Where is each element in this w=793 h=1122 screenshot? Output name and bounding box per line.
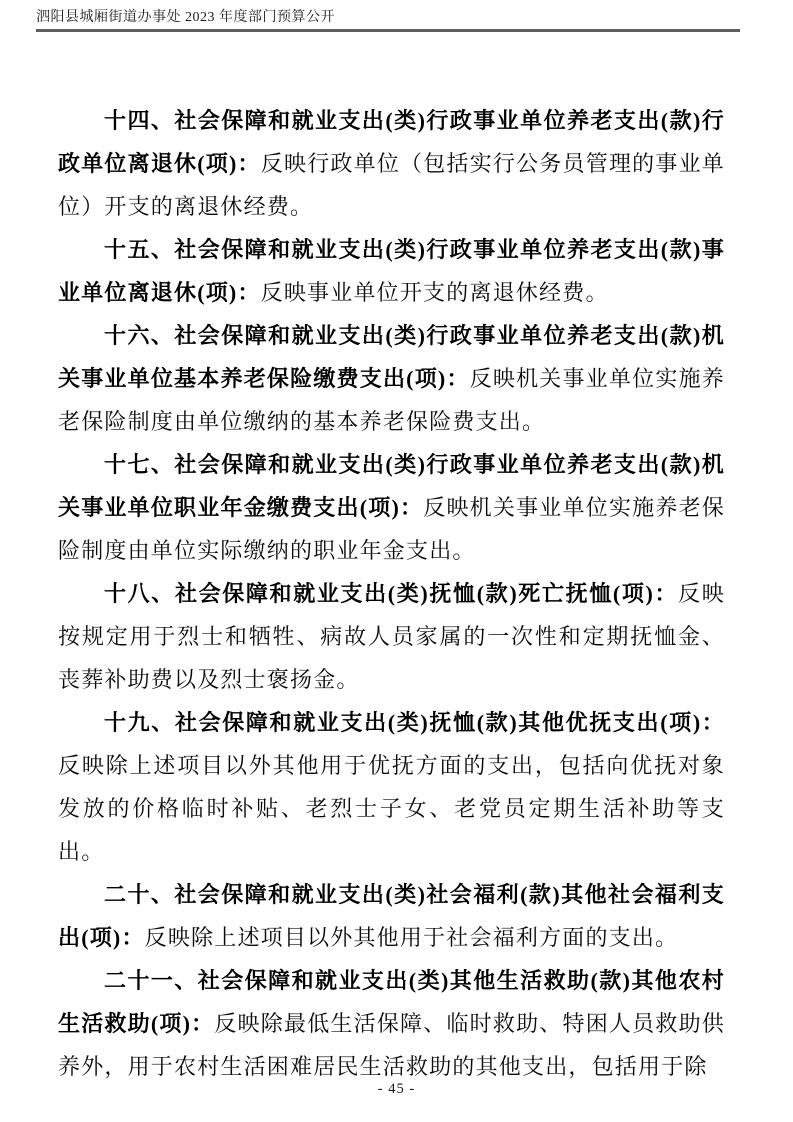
paragraph-text: 反映除上述项目以外其他用于优抚方面的支出，包括向优抚对象发放的价格临时补贴、老烈… [58, 753, 725, 864]
paragraph: 十九、社会保障和就业支出(类)抚恤(款)其他优抚支出(项)：反映除上述项目以外其… [58, 701, 725, 873]
paragraph: 十四、社会保障和就业支出(类)行政事业单位养老支出(款)行政单位离退休(项)：反… [58, 99, 725, 228]
paragraph-text: 反映事业单位开支的离退休经费。 [261, 280, 609, 305]
paragraph-heading: 十八、社会保障和就业支出(类)抚恤(款)死亡抚恤(项)： [104, 581, 678, 606]
page-footer: - 45 - [0, 1079, 793, 1099]
document-body: 十四、社会保障和就业支出(类)行政事业单位养老支出(款)行政单位离退休(项)：反… [58, 99, 725, 1088]
paragraph: 十七、社会保障和就业支出(类)行政事业单位养老支出(款)机关事业单位职业年金缴费… [58, 443, 725, 572]
paragraph: 二十一、社会保障和就业支出(类)其他生活救助(款)其他农村生活救助(项)：反映除… [58, 959, 725, 1088]
header-title: 泗阳县城厢街道办事处 2023 年度部门预算公开 [36, 9, 740, 28]
document-page: 泗阳县城厢街道办事处 2023 年度部门预算公开 十四、社会保障和就业支出(类)… [0, 0, 793, 1122]
paragraph: 二十、社会保障和就业支出(类)社会福利(款)其他社会福利支出(项)：反映除上述项… [58, 873, 725, 959]
paragraph: 十六、社会保障和就业支出(类)行政事业单位养老支出(款)机关事业单位基本养老保险… [58, 314, 725, 443]
paragraph-heading: 十九、社会保障和就业支出(类)抚恤(款)其他优抚支出(项)： [104, 710, 725, 735]
page-number: - 45 - [378, 1081, 415, 1097]
paragraph: 十五、社会保障和就业支出(类)行政事业单位养老支出(款)事业单位离退休(项)：反… [58, 228, 725, 314]
page-header: 泗阳县城厢街道办事处 2023 年度部门预算公开 [36, 9, 740, 32]
paragraph-text: 反映除上述项目以外其他用于社会福利方面的支出。 [145, 925, 679, 950]
paragraph: 十八、社会保障和就业支出(类)抚恤(款)死亡抚恤(项)：反映按规定用于烈士和牺牲… [58, 572, 725, 701]
header-rule [36, 29, 740, 32]
